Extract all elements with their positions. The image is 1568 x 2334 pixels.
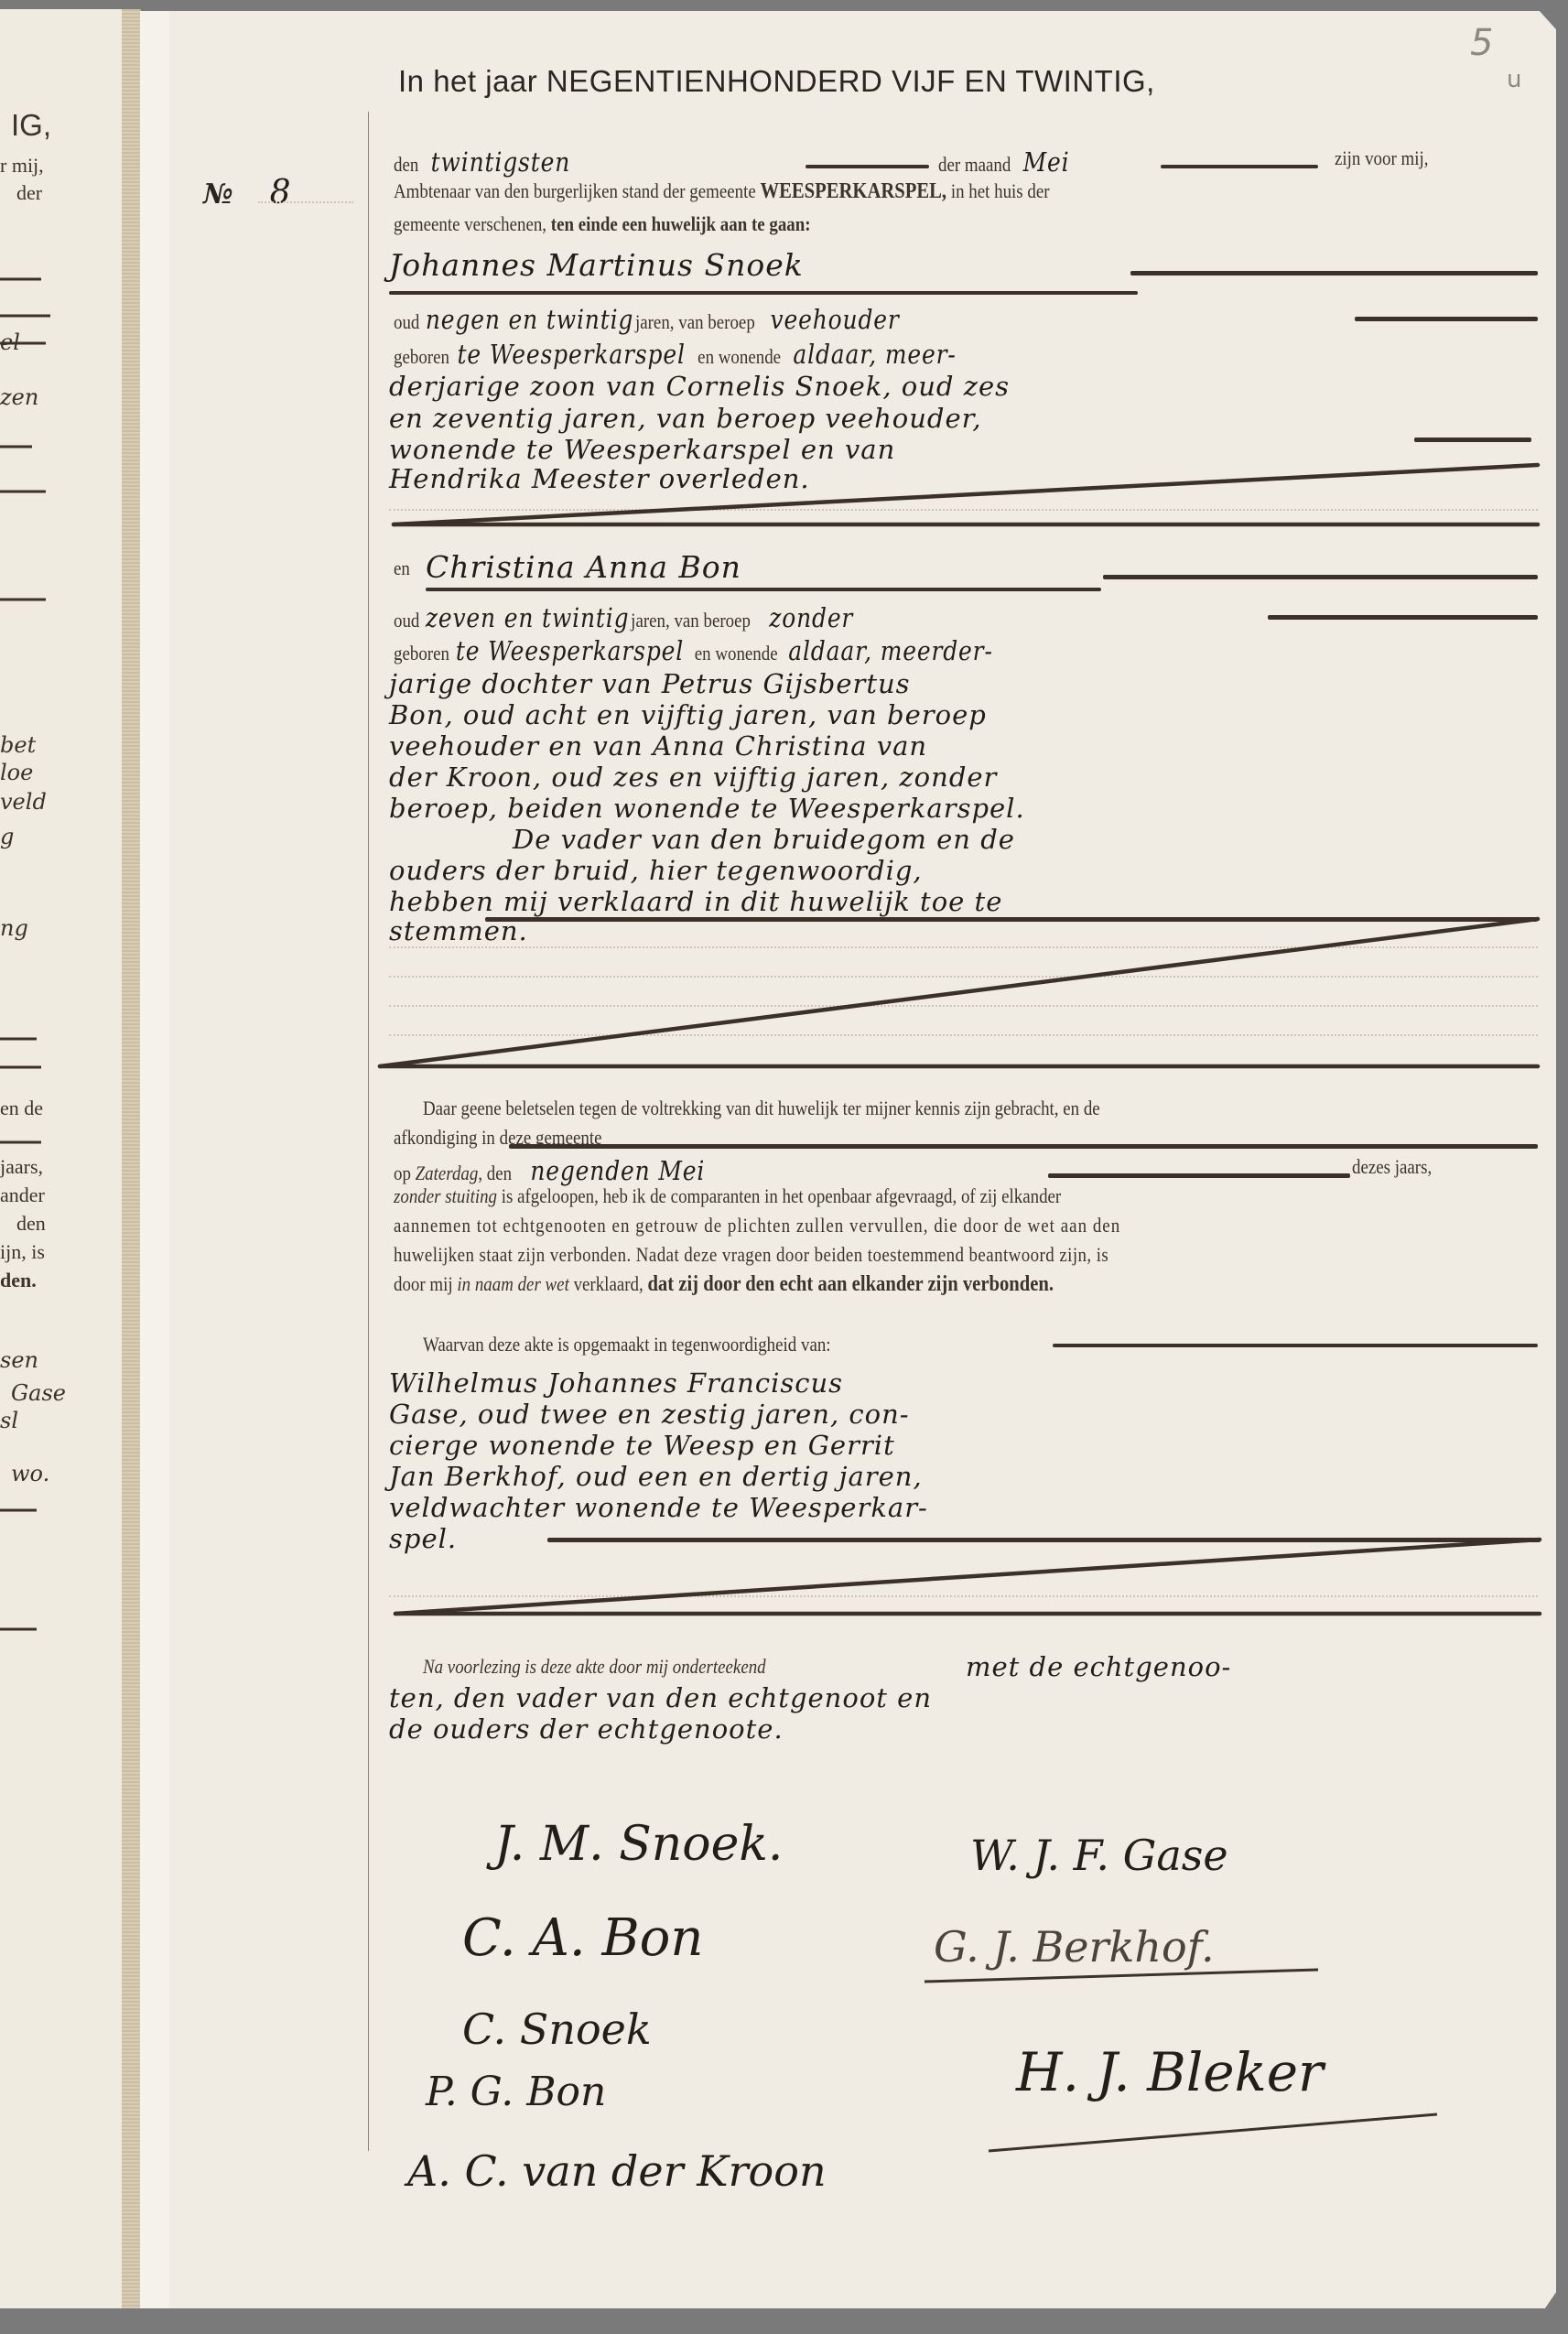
strike-lines [0,0,1568,2334]
